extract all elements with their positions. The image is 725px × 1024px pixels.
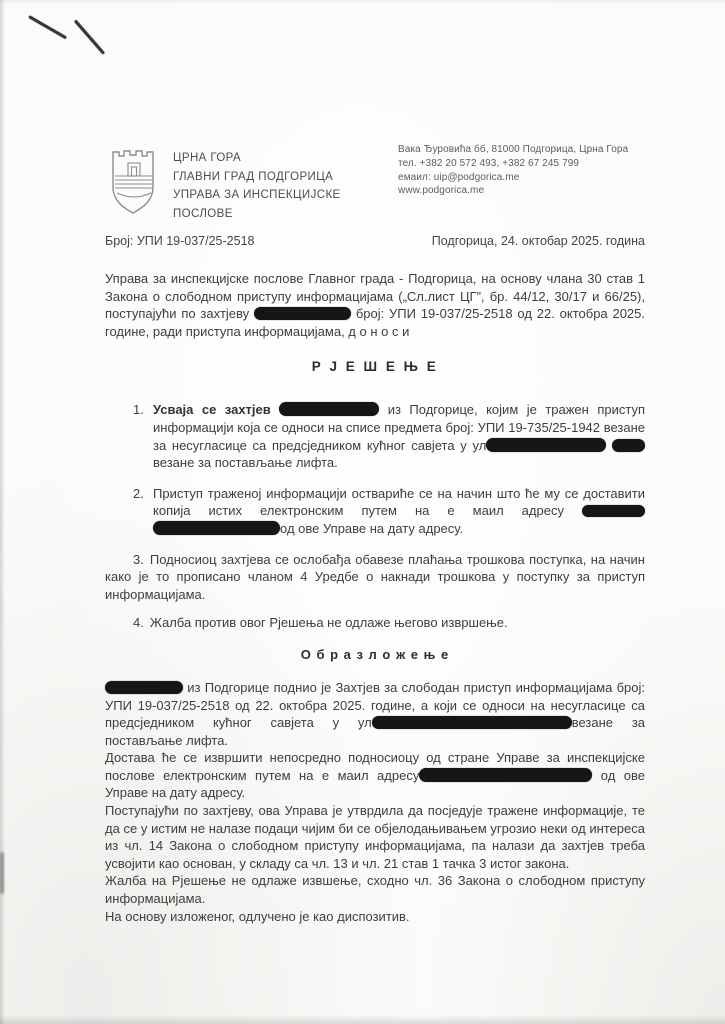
reasoning-paragraph-4: Жалба на Рјешење не одлаже извшење, сход… — [105, 872, 645, 907]
decision-item-4: 4.Жалба против овог Рјешења не одлаже ње… — [105, 614, 645, 632]
item-4-text: Жалба против овог Рјешења не одлаже њего… — [150, 615, 508, 630]
reasoning-section: из Подгорице поднио је Захтјев за слобод… — [105, 679, 645, 925]
decision-item-3: 3.Подносиоц захтјева се ослобађа обавезе… — [105, 551, 645, 604]
contact-website: www.podgorica.me — [398, 184, 645, 198]
issuer-city: ГЛАВНИ ГРАД ПОДГОРИЦА — [173, 168, 398, 187]
issuer-block: ЦРНА ГОРА ГЛАВНИ ГРАД ПОДГОРИЦА УПРАВА З… — [105, 140, 398, 223]
page-edge-shadow-bottom — [0, 1015, 725, 1024]
item-2-number: 2. — [133, 485, 153, 538]
decision-title: Р Ј Е Ш Е Њ Е — [105, 359, 645, 374]
document-body: ЦРНА ГОРА ГЛАВНИ ГРАД ПОДГОРИЦА УПРАВА З… — [0, 0, 725, 925]
reasoning-heading: О б р а з л о ж е њ е — [105, 647, 645, 662]
redaction-bar — [279, 402, 379, 416]
redaction-bar — [419, 768, 592, 782]
redaction-bar — [372, 716, 572, 729]
item-3-text: Подносиоц захтјева се ослобађа обавезе п… — [105, 552, 645, 602]
item-1-text-3: везане за постављање лифта. — [153, 455, 338, 470]
issuer-lines: ЦРНА ГОРА ГЛАВНИ ГРАД ПОДГОРИЦА УПРАВА З… — [173, 140, 398, 223]
item-2-text-1: Приступ траженој информацији оствариће с… — [153, 486, 645, 519]
podgorica-crest-icon — [105, 140, 163, 223]
item-4-number: 4. — [133, 615, 144, 630]
reasoning-paragraph-1: из Подгорице поднио је Захтјев за слобод… — [105, 679, 645, 749]
scanned-document-page: ЦРНА ГОРА ГЛАВНИ ГРАД ПОДГОРИЦА УПРАВА З… — [0, 0, 725, 1024]
page-edge-shadow-top — [0, 0, 725, 4]
item-2-text: Приступ траженој информацији оствариће с… — [153, 485, 645, 538]
item-1-number: 1. — [133, 401, 153, 471]
reasoning-paragraph-2: Достава ће се извршити непосредно поднос… — [105, 749, 645, 802]
intro-paragraph: Управа за инспекцијске послове Главног г… — [105, 270, 645, 340]
redaction-bar — [105, 681, 183, 694]
place-and-date: Подгорица, 24. октобар 2025. година — [432, 234, 645, 248]
page-edge-streak — [0, 852, 4, 894]
item-1-text: Усваја се захтјев из Подгорице, којим је… — [153, 401, 645, 471]
reasoning-paragraph-3: Поступајући по захтјеву, ова Управа је у… — [105, 802, 645, 872]
item-3-number: 3. — [133, 552, 144, 567]
issuer-country: ЦРНА ГОРА — [173, 149, 398, 168]
contact-phone: тел. +382 20 572 493, +382 67 245 799 — [398, 157, 645, 171]
redaction-bar — [582, 505, 645, 517]
decision-item-1: 1. Усваја се захтјев из Подгорице, којим… — [133, 401, 645, 471]
contact-email: емаил: uip@podgorica.me — [398, 171, 645, 185]
redaction-bar — [486, 438, 606, 452]
redaction-bar — [612, 439, 645, 452]
item-2-text-2: од ове Управе на дату адресу. — [280, 521, 463, 536]
item-1-lead: Усваја се захтјев — [153, 402, 271, 417]
issuer-department: УПРАВА ЗА ИНСПЕКЦИЈСКЕ ПОСЛОВЕ — [173, 186, 398, 223]
case-number: Број: УПИ 19-037/25-2518 — [105, 234, 254, 248]
reference-row: Број: УПИ 19-037/25-2518 Подгорица, 24. … — [105, 234, 645, 248]
contact-block: Вака Ђуровића бб, 81000 Подгорица, Црна … — [398, 143, 645, 198]
letterhead: ЦРНА ГОРА ГЛАВНИ ГРАД ПОДГОРИЦА УПРАВА З… — [105, 140, 645, 223]
decision-item-2: 2. Приступ траженој информацији остварић… — [133, 485, 645, 538]
reasoning-paragraph-5: На основу изложеног, одлучено је као дис… — [105, 908, 645, 926]
redaction-bar — [254, 307, 351, 320]
contact-address: Вака Ђуровића бб, 81000 Подгорица, Црна … — [398, 143, 645, 157]
redaction-bar — [153, 521, 280, 535]
